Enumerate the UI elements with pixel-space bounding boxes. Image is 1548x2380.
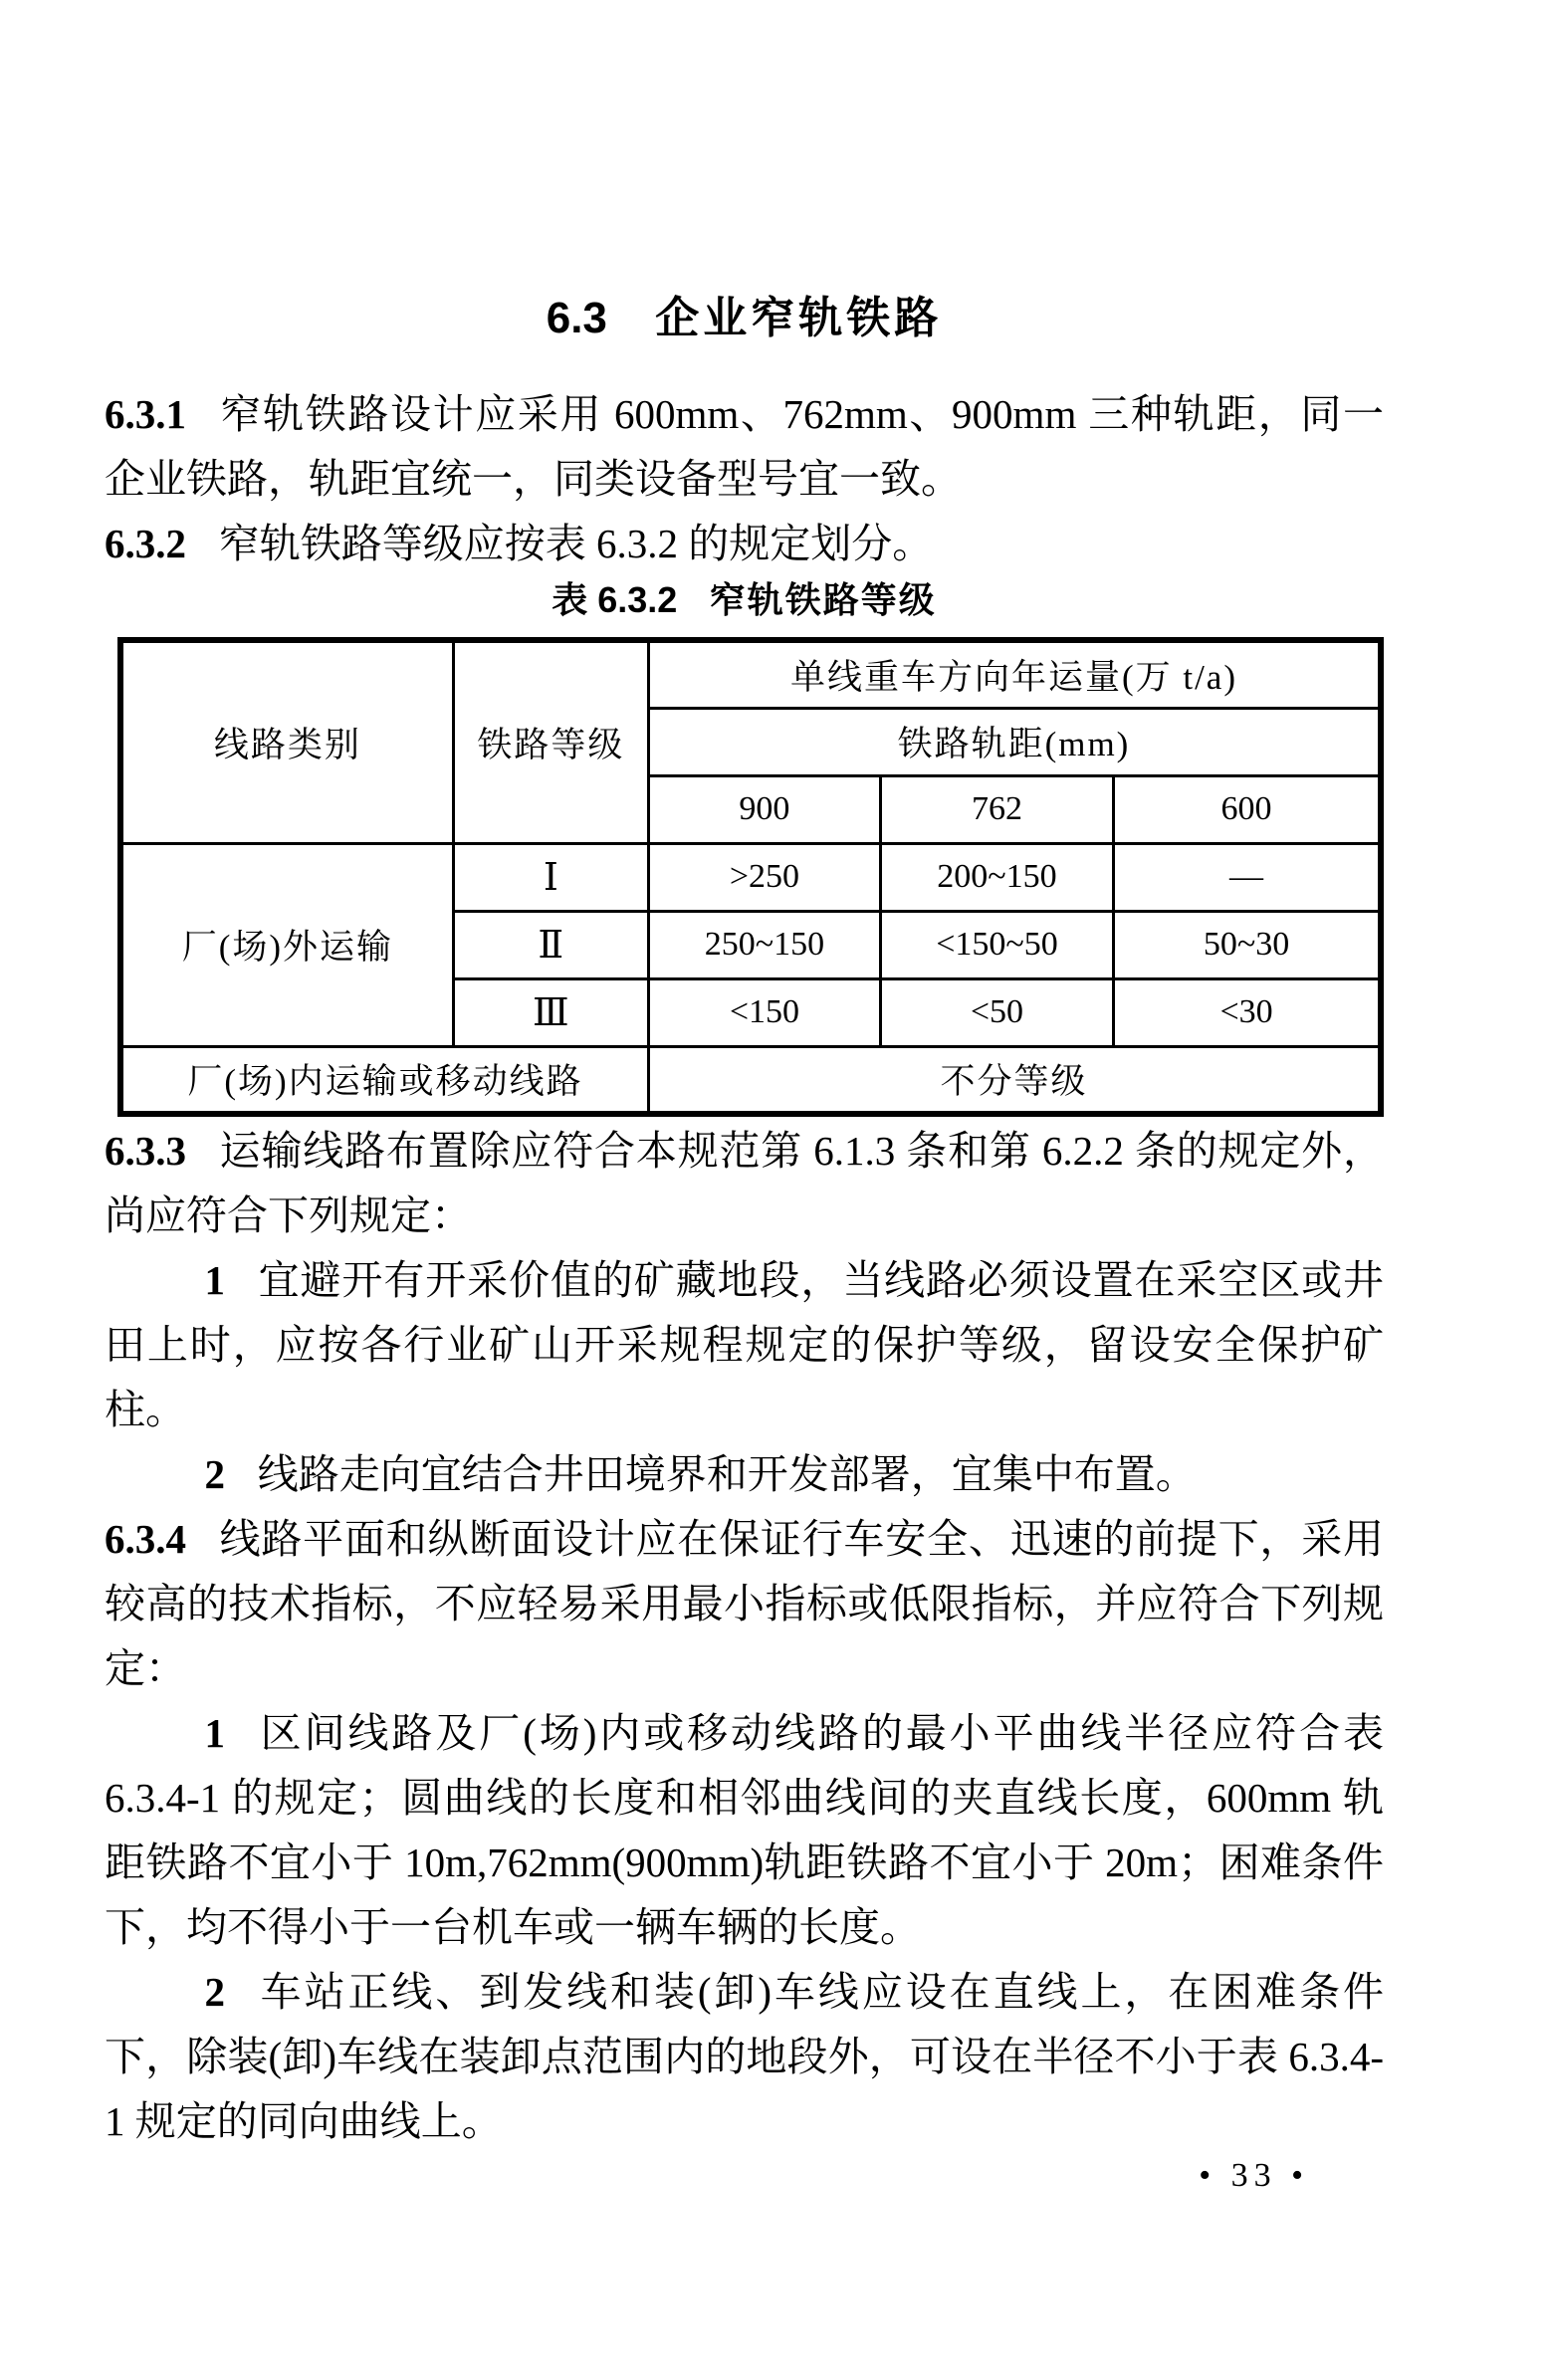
value-cell-762: <150~50 xyxy=(880,911,1113,978)
table-caption: 表 6.3.2窄轨铁路等级 xyxy=(105,576,1384,624)
narrow-gauge-grade-table: 线路类别 铁路等级 单线重车方向年运量(万 t/a) 铁路轨距(mm) 900 … xyxy=(117,637,1384,1117)
item-text: 车站正线、到发线和装(卸)车线应设在直线上，在困难条件下，除装(卸)车线在装卸点… xyxy=(105,1969,1384,2144)
document-page: 6.3企业窄轨铁路 6.3.1窄轨铁路设计应采用 600mm、762mm、900… xyxy=(0,0,1548,2380)
clause-number: 6.3.4 xyxy=(105,1516,186,1562)
header-gauge-900: 900 xyxy=(648,775,880,843)
value-cell-900: 250~150 xyxy=(648,911,880,978)
clause-text: 线路平面和纵断面设计应在保证行车安全、迅速的前提下，采用较高的技术指标，不应轻易… xyxy=(105,1516,1384,1691)
clause-text: 运输线路布置除应符合本规范第 6.1.3 条和第 6.2.2 条的规定外，尚应符… xyxy=(105,1128,1384,1238)
clause-number: 6.3.3 xyxy=(105,1128,186,1174)
value-cell-600: — xyxy=(1114,843,1381,911)
clause-6-3-4-item-2: 2车站正线、到发线和装(卸)车线应设在直线上，在困难条件下，除装(卸)车线在装卸… xyxy=(105,1960,1384,2154)
section-heading: 6.3企业窄轨铁路 xyxy=(105,295,1384,342)
header-gauge-762: 762 xyxy=(880,775,1113,843)
value-cell-900: >250 xyxy=(648,843,880,911)
table-header-row-1: 线路类别 铁路等级 单线重车方向年运量(万 t/a) xyxy=(120,640,1381,708)
row-label-external-transport: 厂(场)外运输 xyxy=(120,843,453,1046)
table-row-grade-1: 厂(场)外运输 Ⅰ >250 200~150 — xyxy=(120,843,1381,911)
item-text: 区间线路及厂(场)内或移动线路的最小平曲线半径应符合表 6.3.4-1 的规定；… xyxy=(105,1710,1384,1950)
clause-6-3-4-item-1: 1区间线路及厂(场)内或移动线路的最小平曲线半径应符合表 6.3.4-1 的规定… xyxy=(105,1701,1384,1960)
section-number: 6.3 xyxy=(547,294,607,342)
table-row-internal: 厂(场)内运输或移动线路 不分等级 xyxy=(120,1046,1381,1114)
value-no-grade: 不分等级 xyxy=(648,1046,1381,1114)
table-caption-number: 表 6.3.2 xyxy=(552,579,677,620)
value-cell-762: 200~150 xyxy=(880,843,1113,911)
value-cell-600: 50~30 xyxy=(1114,911,1381,978)
clause-text: 窄轨铁路设计应采用 600mm、762mm、900mm 三种轨距，同一企业铁路，… xyxy=(105,391,1384,502)
header-gauge-600: 600 xyxy=(1114,775,1381,843)
item-number: 1 xyxy=(204,1257,225,1303)
clause-number: 6.3.1 xyxy=(105,391,186,437)
clause-number: 6.3.2 xyxy=(105,521,186,566)
page-number: • 33 • xyxy=(105,2156,1384,2196)
item-text: 宜避开有开采价值的矿藏地段，当线路必须设置在采空区或井田上时，应按各行业矿山开采… xyxy=(105,1257,1384,1432)
clause-6-3-3: 6.3.3运输线路布置除应符合本规范第 6.1.3 条和第 6.2.2 条的规定… xyxy=(105,1119,1384,1248)
grade-cell: Ⅲ xyxy=(453,978,648,1046)
item-number: 2 xyxy=(204,1969,225,2015)
clause-6-3-2: 6.3.2窄轨铁路等级应按表 6.3.2 的规定划分。 xyxy=(105,512,1384,576)
clause-6-3-3-item-2: 2线路走向宜结合井田境界和开发部署，宜集中布置。 xyxy=(105,1442,1384,1507)
value-cell-762: <50 xyxy=(880,978,1113,1046)
header-railway-grade: 铁路等级 xyxy=(453,640,648,843)
header-line-category: 线路类别 xyxy=(120,640,453,843)
grade-cell: Ⅱ xyxy=(453,911,648,978)
item-number: 2 xyxy=(204,1451,225,1497)
clause-6-3-1: 6.3.1窄轨铁路设计应采用 600mm、762mm、900mm 三种轨距，同一… xyxy=(105,382,1384,512)
clause-6-3-3-item-1: 1宜避开有开采价值的矿藏地段，当线路必须设置在采空区或井田上时，应按各行业矿山开… xyxy=(105,1248,1384,1442)
item-number: 1 xyxy=(204,1710,225,1756)
value-cell-900: <150 xyxy=(648,978,880,1046)
item-text: 线路走向宜结合井田境界和开发部署，宜集中布置。 xyxy=(258,1451,1197,1497)
header-annual-volume: 单线重车方向年运量(万 t/a) xyxy=(648,640,1381,708)
section-title-text: 企业窄轨铁路 xyxy=(655,294,942,342)
grade-cell: Ⅰ xyxy=(453,843,648,911)
table-caption-text: 窄轨铁路等级 xyxy=(710,579,937,620)
value-cell-600: <30 xyxy=(1114,978,1381,1046)
clause-text: 窄轨铁路等级应按表 6.3.2 的规定划分。 xyxy=(219,521,934,566)
header-gauge-title: 铁路轨距(mm) xyxy=(648,708,1381,775)
row-label-internal-transport: 厂(场)内运输或移动线路 xyxy=(120,1046,648,1114)
clause-6-3-4: 6.3.4线路平面和纵断面设计应在保证行车安全、迅速的前提下，采用较高的技术指标… xyxy=(105,1507,1384,1701)
